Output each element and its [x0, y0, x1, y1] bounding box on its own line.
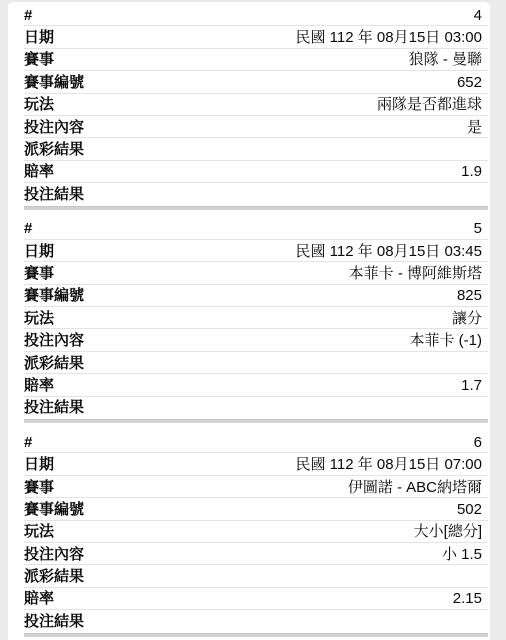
bet-record-block: # 6 日期 民國 112 年 08月15日 07:00 賽事 伊圖諾 - AB… [8, 431, 490, 637]
play-type-label: 玩法 [24, 97, 54, 112]
record-row-odds: 賠率 2.15 [8, 588, 490, 610]
play-type-value: 大小[總分] [414, 524, 482, 539]
date-value: 民國 112 年 08月15日 03:00 [296, 30, 483, 45]
bet-content-value: 本菲卡 (-1) [410, 333, 483, 348]
record-row-number: # 4 [8, 4, 490, 26]
bet-content-value: 是 [467, 120, 482, 135]
record-row-number: # 6 [8, 431, 490, 453]
event-id-value: 825 [457, 288, 482, 303]
payout-result-label: 派彩結果 [24, 569, 84, 584]
bet-content-label: 投注內容 [24, 333, 84, 348]
event-value: 伊圖諾 - ABC納塔爾 [348, 480, 482, 495]
odds-value: 2.15 [453, 591, 482, 606]
record-row-number: # 5 [8, 218, 490, 240]
bet-result-label: 投注結果 [24, 614, 84, 629]
block-gap [8, 210, 490, 218]
play-type-label: 玩法 [24, 524, 54, 539]
event-id-label: 賽事編號 [24, 75, 84, 90]
number-label: # [24, 8, 32, 23]
odds-label: 賠率 [24, 591, 54, 606]
record-row-play-type: 玩法 大小[總分] [8, 521, 490, 543]
play-type-label: 玩法 [24, 311, 54, 326]
event-id-value: 502 [457, 502, 482, 517]
number-label: # [24, 221, 32, 236]
date-value: 民國 112 年 08月15日 03:45 [296, 244, 483, 259]
odds-label: 賠率 [24, 164, 54, 179]
bet-records-card: # 4 日期 民國 112 年 08月15日 03:00 賽事 狼隊 - 曼聯 … [8, 2, 490, 640]
bet-result-label: 投注結果 [24, 400, 84, 415]
event-value: 本菲卡 - 博阿維斯塔 [349, 266, 482, 281]
record-row-date: 日期 民國 112 年 08月15日 03:00 [8, 26, 490, 48]
record-row-event: 賽事 本菲卡 - 博阿維斯塔 [8, 262, 490, 284]
record-row-event: 賽事 伊圖諾 - ABC納塔爾 [8, 476, 490, 498]
record-row-bet-result: 投注結果 [8, 610, 490, 632]
date-value: 民國 112 年 08月15日 07:00 [296, 457, 483, 472]
payout-result-label: 派彩結果 [24, 142, 84, 157]
odds-label: 賠率 [24, 378, 54, 393]
block-gap [8, 423, 490, 431]
event-id-value: 652 [457, 75, 482, 90]
record-row-odds: 賠率 1.9 [8, 161, 490, 183]
number-label: # [24, 435, 32, 450]
record-row-event-id: 賽事編號 652 [8, 71, 490, 93]
date-label: 日期 [24, 457, 54, 472]
record-row-bet-content: 投注內容 小 1.5 [8, 543, 490, 565]
record-row-play-type: 玩法 讓分 [8, 307, 490, 329]
record-row-date: 日期 民國 112 年 08月15日 07:00 [8, 453, 490, 475]
event-label: 賽事 [24, 480, 54, 495]
bet-content-value: 小 1.5 [442, 547, 482, 562]
bet-content-label: 投注內容 [24, 120, 84, 135]
bet-record-block: # 5 日期 民國 112 年 08月15日 03:45 賽事 本菲卡 - 博阿… [8, 218, 490, 424]
event-id-label: 賽事編號 [24, 502, 84, 517]
record-row-event: 賽事 狼隊 - 曼聯 [8, 49, 490, 71]
record-row-bet-result: 投注結果 [8, 183, 490, 205]
record-row-payout-result: 派彩結果 [8, 138, 490, 160]
odds-value: 1.7 [461, 378, 482, 393]
event-label: 賽事 [24, 266, 54, 281]
date-label: 日期 [24, 30, 54, 45]
event-value: 狼隊 - 曼聯 [409, 52, 482, 67]
event-id-label: 賽事編號 [24, 288, 84, 303]
odds-value: 1.9 [461, 164, 482, 179]
date-label: 日期 [24, 244, 54, 259]
record-row-date: 日期 民國 112 年 08月15日 03:45 [8, 240, 490, 262]
record-row-event-id: 賽事編號 502 [8, 498, 490, 520]
play-type-value: 兩隊是否都進球 [377, 97, 482, 112]
record-row-bet-content: 投注內容 是 [8, 116, 490, 138]
bet-record-block: # 4 日期 民國 112 年 08月15日 03:00 賽事 狼隊 - 曼聯 … [8, 4, 490, 210]
number-value: 4 [474, 8, 482, 23]
payout-result-label: 派彩結果 [24, 356, 84, 371]
record-row-bet-content: 投注內容 本菲卡 (-1) [8, 329, 490, 351]
record-row-payout-result: 派彩結果 [8, 565, 490, 587]
play-type-value: 讓分 [452, 311, 482, 326]
record-row-payout-result: 派彩結果 [8, 352, 490, 374]
number-value: 6 [474, 435, 482, 450]
record-row-play-type: 玩法 兩隊是否都進球 [8, 94, 490, 116]
record-row-bet-result: 投注結果 [8, 397, 490, 419]
bet-content-label: 投注內容 [24, 547, 84, 562]
record-row-odds: 賠率 1.7 [8, 374, 490, 396]
event-label: 賽事 [24, 52, 54, 67]
bet-result-label: 投注結果 [24, 187, 84, 202]
block-divider [24, 633, 488, 637]
record-row-event-id: 賽事編號 825 [8, 285, 490, 307]
number-value: 5 [474, 221, 482, 236]
